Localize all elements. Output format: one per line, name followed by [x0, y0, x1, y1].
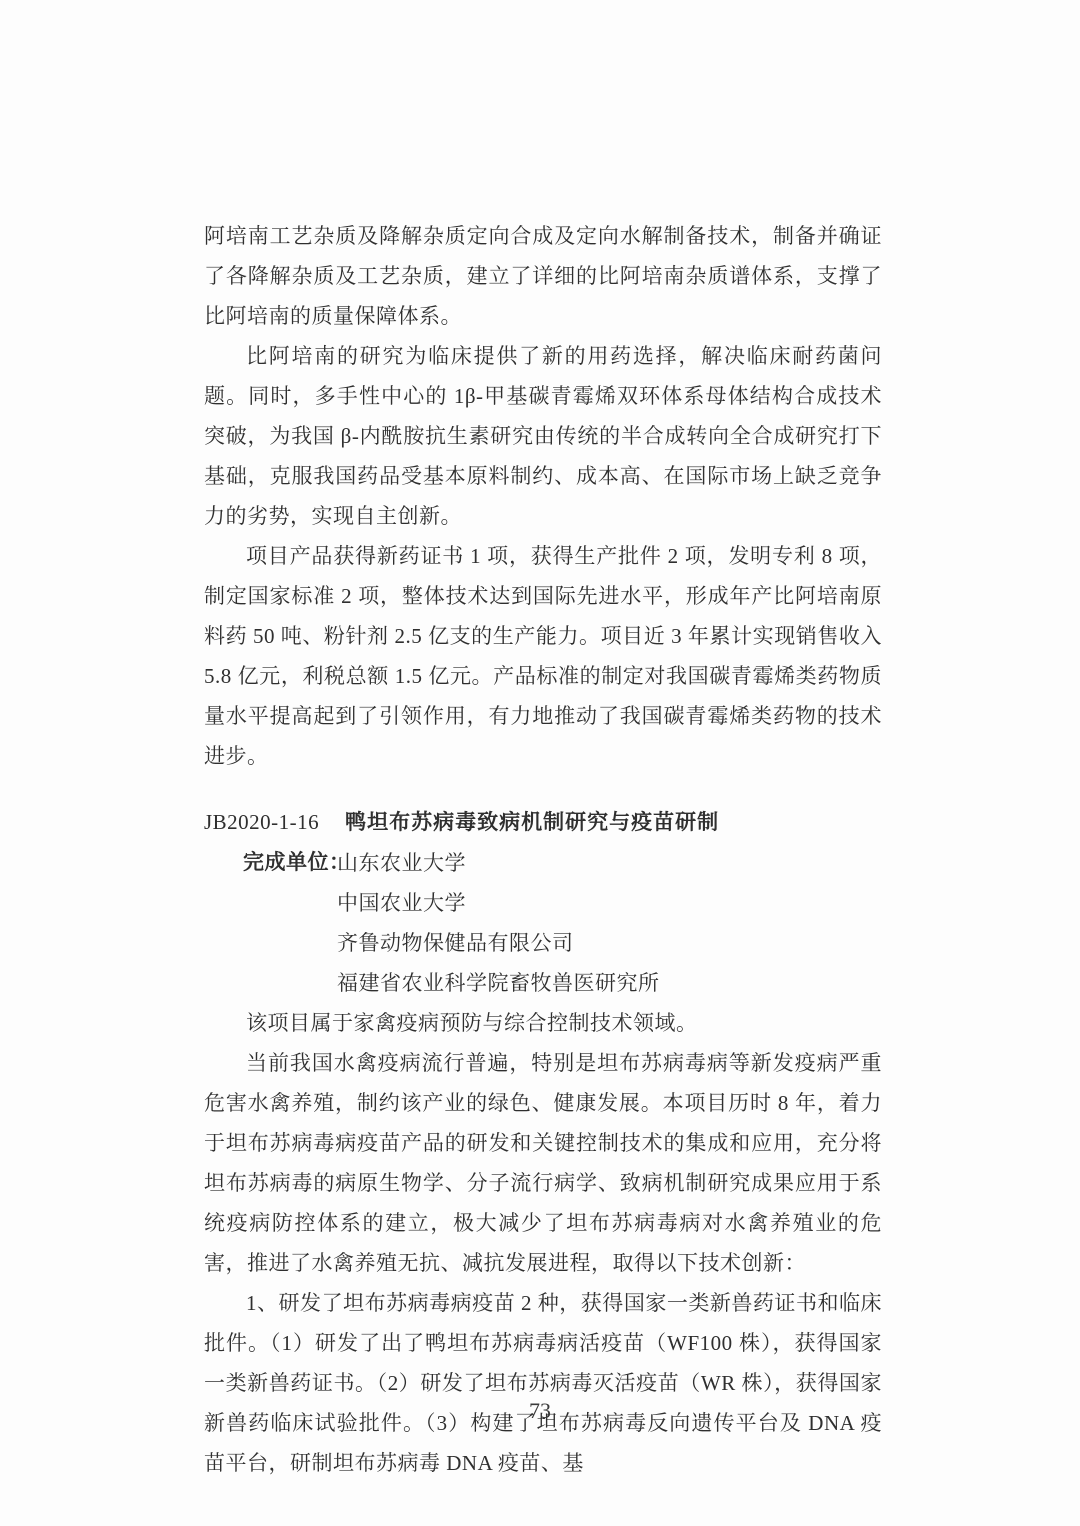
completion-unit-row: 福建省农业科学院畜牧兽医研究所 [204, 963, 882, 1003]
paragraph: 当前我国水禽疫病流行普遍，特别是坦布苏病毒病等新发疫病严重危害水禽养殖，制约该产… [204, 1043, 882, 1283]
paragraph: 阿培南工艺杂质及降解杂质定向合成及定向水解制备技术，制备并确证了各降解杂质及工艺… [204, 216, 882, 336]
paragraph: 该项目属于家禽疫病预防与综合控制技术领域。 [204, 1003, 882, 1043]
completion-units-label-spacer [243, 923, 337, 963]
page-content: 阿培南工艺杂质及降解杂质定向合成及定向水解制备技术，制备并确证了各降解杂质及工艺… [204, 216, 882, 1483]
completion-unit: 山东农业大学 [337, 843, 466, 883]
completion-unit-row: 中国农业大学 [204, 883, 882, 923]
entry-heading: JB2020-1-16 鸭坦布苏病毒致病机制研究与疫苗研制 [204, 802, 882, 843]
completion-unit: 齐鲁动物保健品有限公司 [337, 923, 574, 963]
entry-title: 鸭坦布苏病毒致病机制研究与疫苗研制 [345, 803, 719, 843]
completion-unit-row: 齐鲁动物保健品有限公司 [204, 923, 882, 963]
completion-unit: 中国农业大学 [337, 883, 466, 923]
completion-units-block: 完成单位： 山东农业大学 中国农业大学 齐鲁动物保健品有限公司 福建省农业科学院… [204, 843, 882, 1003]
document-page: 阿培南工艺杂质及降解杂质定向合成及定向水解制备技术，制备并确证了各降解杂质及工艺… [0, 0, 1080, 1526]
completion-units-label-spacer [243, 963, 337, 1003]
completion-units-label-spacer [243, 883, 337, 923]
page-number: 73 [0, 1396, 1080, 1426]
paragraph: 1、研发了坦布苏病毒病疫苗 2 种，获得国家一类新兽药证书和临床批件。（1）研发… [204, 1283, 882, 1483]
completion-unit: 福建省农业科学院畜牧兽医研究所 [337, 963, 660, 1003]
completion-units-label: 完成单位： [243, 843, 337, 883]
paragraph: 比阿培南的研究为临床提供了新的用药选择，解决临床耐药菌问题。同时，多手性中心的 … [204, 336, 882, 536]
paragraph: 项目产品获得新药证书 1 项，获得生产批件 2 项，发明专利 8 项，制定国家标… [204, 536, 882, 776]
entry-code: JB2020-1-16 [204, 802, 319, 842]
completion-unit-row: 完成单位： 山东农业大学 [204, 843, 882, 883]
